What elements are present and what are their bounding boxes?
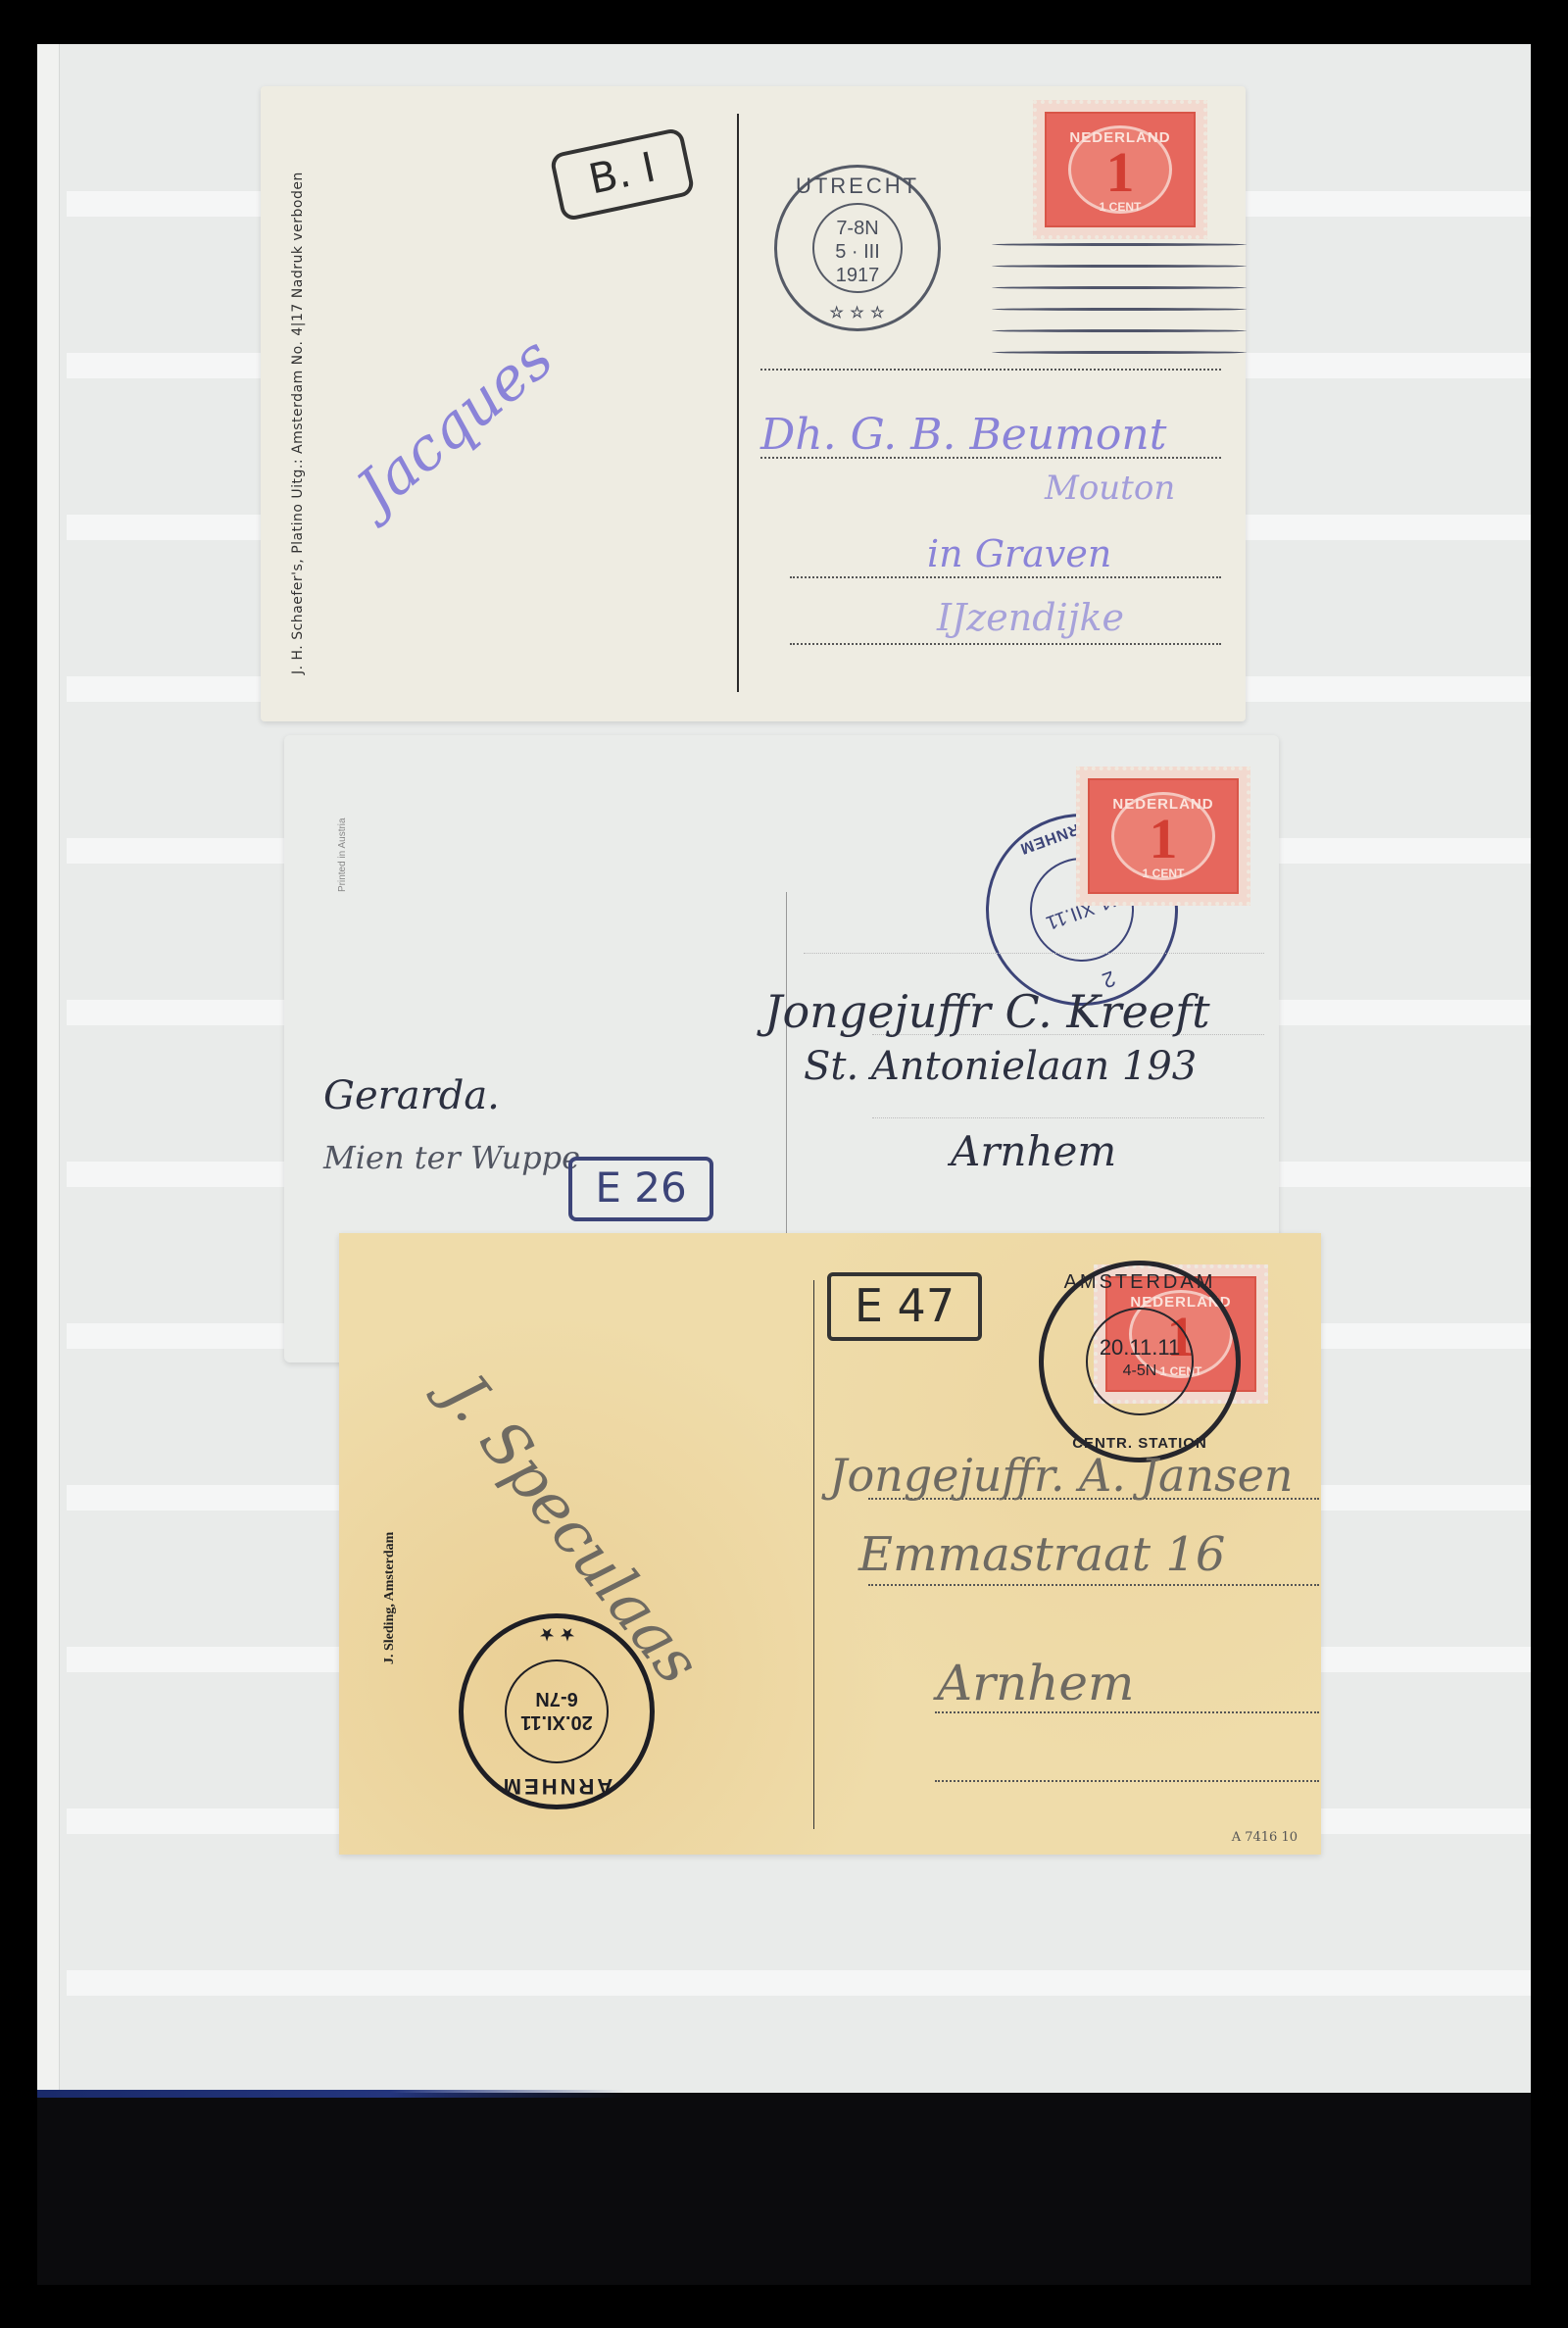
postcard-amsterdam-jansen[interactable]: J. Sleding, Amsterdam J. Speculaas ARNHE… [339, 1233, 1321, 1855]
address-line [790, 576, 1221, 578]
address-divider [813, 1280, 814, 1829]
stamp-denomination: 1 CENT [1090, 867, 1237, 880]
address-line-1: Jongejuffr C. Kreeft [764, 985, 1210, 1038]
publisher-imprint: J. H. Schaefer's, Platino Uitg.: Amsterd… [290, 172, 306, 674]
machine-cancel-line [992, 329, 1247, 332]
postmark-time: 7-8N [777, 217, 938, 240]
address-line [872, 1117, 1264, 1118]
stamp-1-cent[interactable]: NEDERLAND 1 1 CENT [1033, 100, 1207, 239]
sender-signature: Jacques [344, 323, 565, 525]
postmark-date: 20.XI.11 [464, 1710, 650, 1734]
address-line-2: Mouton [1045, 469, 1175, 508]
address-line [935, 1780, 1319, 1782]
postmark-time: 6-7N [464, 1687, 650, 1710]
stamp-value: 1 [1090, 810, 1237, 868]
machine-cancel-line [992, 308, 1247, 311]
printer-note: Printed in Austria [337, 817, 348, 892]
message-line-2: Mien ter Wuppe [323, 1139, 580, 1176]
address-line-3: Arnhem [937, 1655, 1134, 1711]
box-mark: E 47 [827, 1272, 982, 1341]
album-cover-edge [37, 2090, 625, 2098]
postmark-amsterdam: AMSTERDAM 20.11.11 4-5N CENTR. STATION [1039, 1261, 1241, 1462]
box-mark: B. I [549, 126, 696, 222]
album-spine [37, 44, 60, 2095]
address-line-4: IJzendijke [937, 596, 1124, 639]
stamp-1-cent[interactable]: NEDERLAND 1 1 CENT [1076, 767, 1250, 906]
album-cover-cloth [37, 2093, 1531, 2285]
address-line [760, 369, 1221, 371]
stamp-denomination: 1 CENT [1047, 200, 1194, 214]
address-line [935, 1711, 1319, 1713]
address-line [790, 643, 1221, 645]
machine-cancel-line [992, 286, 1247, 289]
machine-cancel-line [992, 351, 1247, 354]
print-code: A 7416 10 [1232, 1830, 1298, 1845]
postmark-date: 5 · III [777, 240, 938, 264]
postmark-date: 20.11.11 [1044, 1336, 1236, 1360]
postmark-town: AMSTERDAM [1044, 1271, 1236, 1294]
address-line-2: St. Antonielaan 193 [804, 1044, 1197, 1089]
address-line-1: Dh. G. B. Beumont [760, 410, 1166, 460]
postmark-town: UTRECHT [777, 173, 938, 199]
address-line-3: Arnhem [951, 1127, 1116, 1175]
stamp-value: 1 [1047, 143, 1194, 202]
postmark-town: ARNHEM [464, 1773, 650, 1799]
arrival-postmark-arnhem: ARNHEM 20.XI.11 6-7N ★ ★ [459, 1613, 655, 1809]
box-mark: E 26 [568, 1157, 713, 1221]
publisher-imprint: J. Sleding, Amsterdam [382, 1532, 398, 1664]
address-line-3: in Graven [927, 532, 1111, 575]
postcard-utrecht[interactable]: J. H. Schaefer's, Platino Uitg.: Amsterd… [261, 86, 1246, 721]
star-icons: ☆ ☆ ☆ [777, 303, 938, 322]
stockpage-strip [67, 1970, 1531, 1996]
postmark-time: 4-5N [1044, 1360, 1236, 1383]
address-line-2: Emmastraat 16 [858, 1527, 1225, 1582]
address-line [804, 953, 1264, 954]
machine-cancel-line [992, 265, 1247, 268]
postmark-year: 1917 [777, 264, 938, 287]
postmark-utrecht: UTRECHT 7-8N 5 · III 1917 ☆ ☆ ☆ [774, 165, 941, 331]
machine-cancel-line [992, 243, 1247, 246]
address-divider [737, 114, 739, 692]
message-line-1: Gerarda. [323, 1073, 500, 1118]
star-icons: ★ ★ [464, 1624, 650, 1644]
address-line-1: Jongejuffr. A. Jansen [829, 1449, 1294, 1502]
address-line [868, 1584, 1319, 1586]
